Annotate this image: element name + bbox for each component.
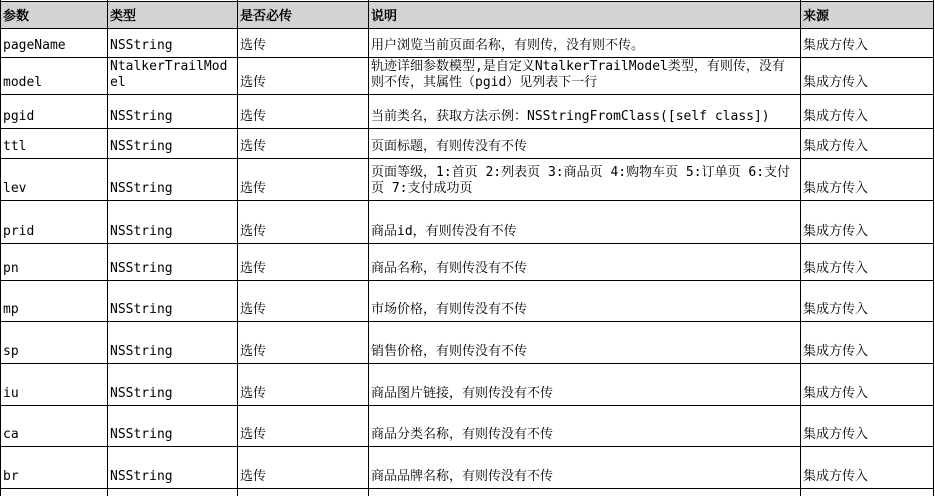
cell-type: NSString — [108, 281, 238, 322]
cell-required: 选传 — [238, 201, 369, 244]
cell-desc: 页面等级，1:首页 2:列表页 3:商品页 4:购物车页 5:订单页 6:支付页… — [369, 159, 801, 201]
clipped-cell — [238, 489, 369, 496]
cell-required: 选传 — [238, 322, 369, 364]
cell-desc: 市场价格，有则传没有不传 — [369, 281, 801, 322]
cell-type: NSString — [108, 244, 238, 281]
cell-type: NSString — [108, 364, 238, 406]
cell-param: sp — [1, 322, 108, 364]
cell-source: 集成方传入 — [801, 58, 934, 95]
cell-required: 选传 — [238, 29, 369, 58]
cell-required: 选传 — [238, 447, 369, 489]
header-param: 参数 — [1, 2, 108, 29]
cell-required: 选传 — [238, 95, 369, 129]
cell-param: pageName — [1, 29, 108, 58]
table-row: br NSString 选传 商品品牌名称，有则传没有不传 集成方传入 — [1, 447, 934, 489]
clipped-row-below — [1, 489, 934, 496]
table-row: lev NSString 选传 页面等级，1:首页 2:列表页 3:商品页 4:… — [1, 159, 934, 201]
cell-required: 选传 — [238, 281, 369, 322]
parameter-table: 参数 类型 是否必传 说明 来源 pageName NSString 选传 用户… — [0, 0, 934, 496]
cell-param: prid — [1, 201, 108, 244]
cell-param: ttl — [1, 129, 108, 159]
cell-param: iu — [1, 364, 108, 406]
cell-type: NSString — [108, 29, 238, 58]
cell-type: NSString — [108, 322, 238, 364]
cell-source: 集成方传入 — [801, 447, 934, 489]
cell-source: 集成方传入 — [801, 201, 934, 244]
clipped-cell — [1, 489, 108, 496]
cell-param: mp — [1, 281, 108, 322]
cell-desc: 商品分类名称，有则传没有不传 — [369, 406, 801, 447]
cell-source: 集成方传入 — [801, 322, 934, 364]
header-source: 来源 — [801, 2, 934, 29]
table-row: pageName NSString 选传 用户浏览当前页面名称，有则传，没有则不… — [1, 29, 934, 58]
cell-param: br — [1, 447, 108, 489]
cell-type: NSString — [108, 447, 238, 489]
cell-type: NSString — [108, 129, 238, 159]
cell-type: NSString — [108, 159, 238, 201]
header-required: 是否必传 — [238, 2, 369, 29]
cell-desc: 轨迹详细参数模型,是自定义NtalkerTrailModel类型，有则传，没有则… — [369, 58, 801, 95]
cell-desc: 页面标题，有则传没有不传 — [369, 129, 801, 159]
cell-type: NSString — [108, 95, 238, 129]
cell-desc: 销售价格，有则传没有不传 — [369, 322, 801, 364]
cell-param: model — [1, 58, 108, 95]
cell-required: 选传 — [238, 244, 369, 281]
table-header-row: 参数 类型 是否必传 说明 来源 — [1, 2, 934, 29]
cell-required: 选传 — [238, 406, 369, 447]
cell-param: pn — [1, 244, 108, 281]
table-row: model NtalkerTrailModel 选传 轨迹详细参数模型,是自定义… — [1, 58, 934, 95]
cell-desc: 用户浏览当前页面名称，有则传，没有则不传。 — [369, 29, 801, 58]
cell-type: NtalkerTrailModel — [108, 58, 238, 95]
spreadsheet-canvas: 参数 类型 是否必传 说明 来源 pageName NSString 选传 用户… — [0, 0, 935, 496]
cell-desc: 当前类名，获取方法示例：NSStringFromClass([self clas… — [369, 95, 801, 129]
header-type: 类型 — [108, 2, 238, 29]
clipped-cell — [801, 489, 934, 496]
table-row: pn NSString 选传 商品名称，有则传没有不传 集成方传入 — [1, 244, 934, 281]
cell-type: NSString — [108, 406, 238, 447]
table-row: prid NSString 选传 商品id，有则传没有不传 集成方传入 — [1, 201, 934, 244]
cell-type: NSString — [108, 201, 238, 244]
cell-param: pgid — [1, 95, 108, 129]
cell-source: 集成方传入 — [801, 281, 934, 322]
cell-desc: 商品图片链接，有则传没有不传 — [369, 364, 801, 406]
cell-param: ca — [1, 406, 108, 447]
table-row: mp NSString 选传 市场价格，有则传没有不传 集成方传入 — [1, 281, 934, 322]
cell-desc: 商品id，有则传没有不传 — [369, 201, 801, 244]
cell-required: 选传 — [238, 159, 369, 201]
cell-required: 选传 — [238, 364, 369, 406]
cell-source: 集成方传入 — [801, 95, 934, 129]
clipped-cell — [369, 489, 801, 496]
cell-desc: 商品品牌名称，有则传没有不传 — [369, 447, 801, 489]
cell-source: 集成方传入 — [801, 159, 934, 201]
clipped-cell — [108, 489, 238, 496]
cell-source: 集成方传入 — [801, 364, 934, 406]
cell-source: 集成方传入 — [801, 29, 934, 58]
table-row: iu NSString 选传 商品图片链接，有则传没有不传 集成方传入 — [1, 364, 934, 406]
header-desc: 说明 — [369, 2, 801, 29]
table-row: pgid NSString 选传 当前类名，获取方法示例：NSStringFro… — [1, 95, 934, 129]
cell-param: lev — [1, 159, 108, 201]
cell-required: 选传 — [238, 58, 369, 95]
cell-source: 集成方传入 — [801, 129, 934, 159]
table-row: sp NSString 选传 销售价格，有则传没有不传 集成方传入 — [1, 322, 934, 364]
cell-source: 集成方传入 — [801, 406, 934, 447]
cell-required: 选传 — [238, 129, 369, 159]
cell-desc: 商品名称，有则传没有不传 — [369, 244, 801, 281]
table-row: ca NSString 选传 商品分类名称，有则传没有不传 集成方传入 — [1, 406, 934, 447]
table-row: ttl NSString 选传 页面标题，有则传没有不传 集成方传入 — [1, 129, 934, 159]
cell-source: 集成方传入 — [801, 244, 934, 281]
